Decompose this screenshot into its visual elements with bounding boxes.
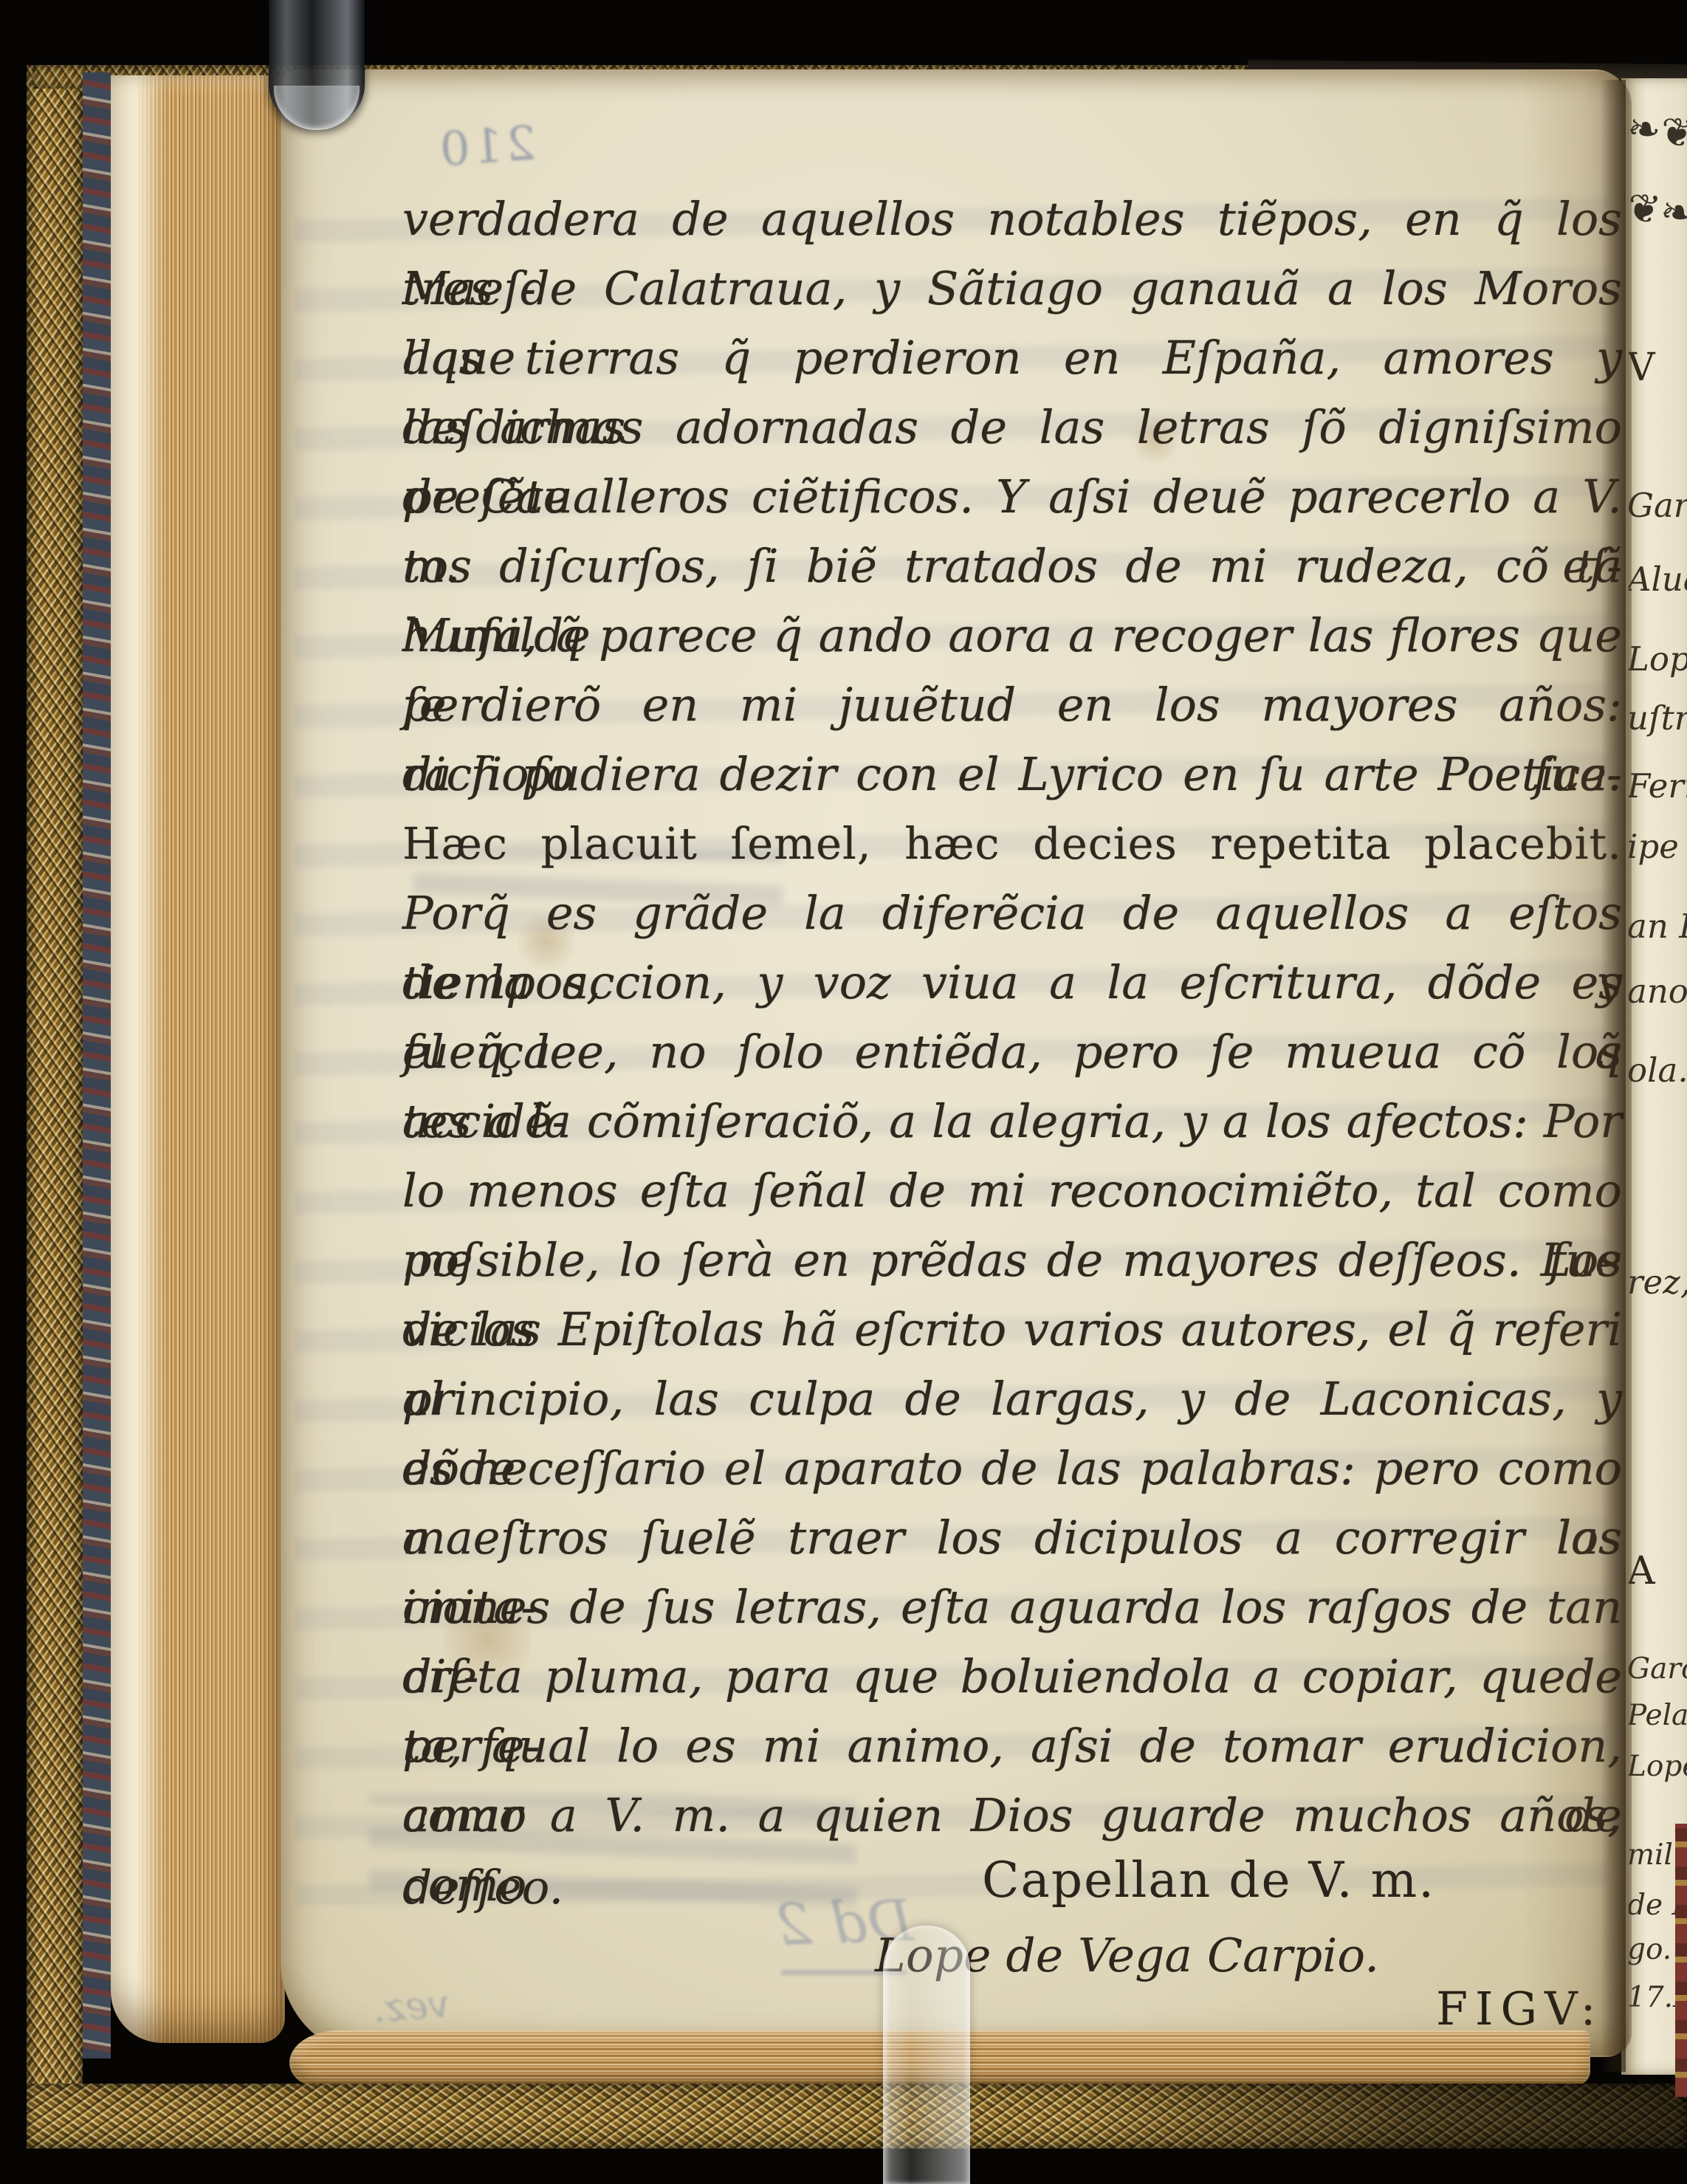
next-leaf-text-fragment: Lop. <box>1627 639 1687 679</box>
next-leaf-text-fragment: uſtre. <box>1627 698 1687 738</box>
text-line: ra ſi pudiera dezir con el Lyrico en ſu … <box>402 740 1622 809</box>
next-leaf-text-fragment: Pelayo <box>1627 1699 1687 1732</box>
next-leaf-text-fragment: Aluaro. <box>1627 560 1687 599</box>
book-block-fore-edge <box>111 75 285 2043</box>
text-line: perdierõ en mi juuẽtud en los mayores añ… <box>402 670 1622 740</box>
next-leaf-text-fragment: ola. <box>1627 1051 1687 1090</box>
ghost-page-number: 210 <box>436 116 538 177</box>
text-line: amar a V. m. a quien Dios guarde muchos … <box>402 1781 1622 1850</box>
text-line: Muſa, q̃ parece q̃ ando aora a recoger l… <box>402 601 1622 670</box>
text-line: lo menos eſta ſeñal de mi reconocimiẽto,… <box>402 1156 1622 1226</box>
gilt-bottom-shadow <box>1071 2084 1687 2149</box>
gilt-binding-left-edge <box>27 65 83 2149</box>
dedication-text: verdadera de aquellos notables tiẽpos, e… <box>402 185 1622 1850</box>
text-line: principio, las culpa de largas, y de Lac… <box>402 1364 1622 1434</box>
next-leaf-text-fragment: ano ſola <box>1627 972 1687 1011</box>
text-line: el q̃ lee, no ſolo entiẽda, pero ſe mueu… <box>402 1017 1622 1087</box>
text-line: de las Epiſtolas hã eſcrito varios autor… <box>402 1295 1622 1364</box>
next-leaf-text-fragment: Fernan <box>1627 766 1687 806</box>
ghost-verso-catchword: vez. <box>371 1982 451 2031</box>
marbled-endpaper-strip <box>83 72 111 2058</box>
text-line: es neceſſario el aparato de las palabras… <box>402 1434 1622 1503</box>
text-line: Hæc placuit ſemel, hæc decies repetita p… <box>402 809 1622 879</box>
dedication-lines: verdadera de aquellos notables tiẽpos, e… <box>402 185 1622 1850</box>
next-leaf-text-fragment: A C <box>1627 1549 1687 1593</box>
text-line: Porq̃ es grãde la diferẽcia de aquellos … <box>402 879 1622 948</box>
text-line: verdadera de aquellos notables tiẽpos, e… <box>402 185 1622 254</box>
text-line: tes a la cõmiſeraciõ, a la alegria, y a … <box>402 1087 1622 1156</box>
salutation: Capellan de V. m. <box>982 1852 1435 1909</box>
text-line: tres de Calatraua, y Sãtiago ganauã a lo… <box>402 254 1622 323</box>
text-line: de Caualleros ciẽtificos. Y aſsi deuẽ pa… <box>402 462 1622 532</box>
next-leaf-text-fragment: V R A <box>1627 346 1687 390</box>
text-line: de la accion, y voz viua a la eſcritura,… <box>402 948 1622 1017</box>
next-leaf-text-fragment: an Pin <box>1627 907 1687 946</box>
text-line: maeſtros ſuelẽ traer los dicipulos a cor… <box>402 1503 1622 1573</box>
next-leaf-text-fragment: ❦❧❦ <box>1625 184 1687 241</box>
next-leaf-text-fragment: rez, de <box>1627 1263 1687 1302</box>
book-photo: { "palette":{"background":"#060504","gil… <box>0 0 1687 2184</box>
next-leaf-text-fragment: Garcia, d <box>1627 1652 1687 1686</box>
text-line: tos diſcurſos, ſi biẽ tratados de mi rud… <box>402 532 1622 601</box>
facing-board-edge <box>1675 1824 1687 2097</box>
text-line: ciones de ſus letras, eſta aguarda los r… <box>402 1573 1622 1642</box>
page-gutter-shadow <box>1601 80 1626 2072</box>
text-line: ta, qual lo es mi animo, aſsi de tomar e… <box>402 1711 1622 1781</box>
text-line: poſsible, lo ſerà en prẽdas de mayores d… <box>402 1226 1622 1295</box>
next-leaf-text-fragment: Garcia. <box>1627 486 1687 525</box>
next-leaf-text-fragment: ❧❦❧ <box>1625 104 1687 161</box>
text-line: las armas adornadas de las letras ſõ dig… <box>402 393 1622 462</box>
text-line: creta pluma, para que boluiendola a copi… <box>402 1642 1622 1711</box>
next-leaf-text-fragment: Lope Po <box>1627 1750 1687 1783</box>
next-leaf-text-fragment: ipe do <box>1627 827 1687 866</box>
text-line: llas tierras q̃ perdieron en Eſpaña, amo… <box>402 323 1622 393</box>
closing-word: deſſeo. <box>402 1861 563 1915</box>
acrylic-page-strip <box>883 1926 970 2184</box>
